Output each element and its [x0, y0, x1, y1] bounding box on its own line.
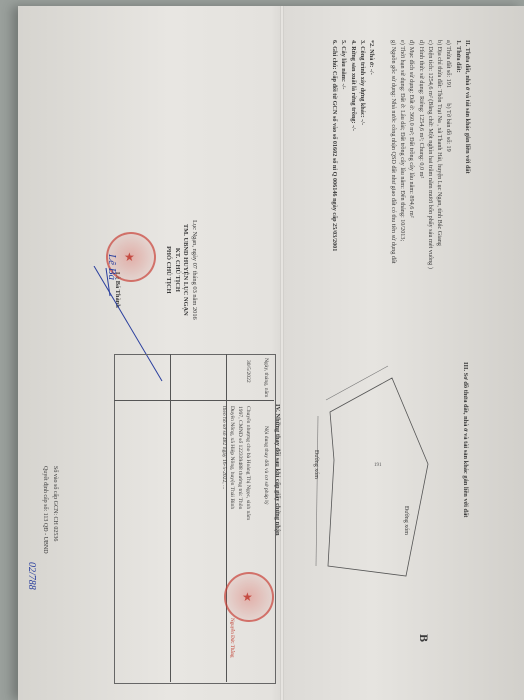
trees-line: 5. Cây lâu năm: -/- [339, 40, 348, 269]
north-indicator: B [419, 634, 428, 642]
row-content-line-4: theo hồ sơ số 482 ngày 16-5-2022, ... [220, 406, 228, 520]
map-sheet-text: b) Tờ bản đồ số: 19 [445, 103, 452, 151]
house-line: *2. Nhà ở: -/- [367, 40, 376, 269]
section-iii-title: III. Sơ đồ thửa đất, nhà ở và tài sản kh… [461, 362, 470, 517]
place-date: Lục Ngạn, ngày 07 tháng 03 năm 2016 [189, 220, 198, 320]
table-divider [114, 400, 274, 401]
origin-line: g) Nguồn gốc sử dụng: Nhà nước công nhận… [388, 40, 397, 269]
row-content-line-2: 1997, CMND số 122339488 thường trú: Thôn [236, 406, 244, 520]
registry-line-1: Số vào sổ cấp GCN: CH 02536 [50, 466, 60, 554]
address-line: b) Địa chỉ thửa đất: Thôn Trại Na , xã T… [435, 40, 444, 269]
row-date: 30/5/2022 [243, 360, 252, 383]
role-1: KT. CHỦ TỊCH [172, 220, 181, 320]
handwritten-number: 02/788 [27, 562, 36, 590]
section-ii-title: II. Thửa đất, nhà ở và tài sản khác gắn … [463, 40, 472, 269]
land-header: 1. Thửa đất: [453, 40, 462, 269]
col-content-header: Nội dung thay đổi và cơ sở pháp lý [261, 426, 270, 505]
section-iv-title: IV. Những thay đổi sau khi cấp giấy chứn… [273, 404, 282, 536]
page-fold [280, 6, 284, 700]
row-content: Chuyển nhượng cho bà Hoàng Thị Ngọc, sin… [220, 406, 252, 520]
col-date-header: Ngày, tháng, năm [261, 358, 270, 397]
row-content-line-1: Chuyển nhượng cho bà Hoàng Thị Ngọc, sin… [244, 406, 252, 520]
star-icon: ★ [124, 250, 135, 265]
change-stamp-label: Nguyễn Đức Thắng [227, 618, 236, 658]
svg-text:191: 191 [374, 463, 382, 468]
change-stamp: ★ [224, 572, 274, 622]
parcel-number: a) Thửa đất số: 191 b) Tờ bản đồ số: 19 [444, 40, 453, 269]
registry-line-2: Quyết định cấp số: 113 QĐ - UBND [40, 466, 50, 554]
purpose-line: đ) Mục đích sử dụng: Đất ở: 360,0 m²; Đấ… [407, 40, 416, 269]
org-name: TM. UBND HUYỆN LỤC NGẠN [181, 220, 190, 320]
parcel-no-text: a) Thửa đất số: 191 [445, 40, 452, 88]
duration-line: e) Thời hạn sử dụng: Đất ở: Lâu dài; Đất… [398, 40, 407, 269]
row-content-line-3: Duyên Nông, xã Hiệp Nông, huyện Thái Bìn… [228, 406, 236, 520]
road-label-1: Đường xóm [311, 450, 320, 479]
construction-line: 3. Công trình xây dựng khác: -/- [358, 40, 367, 269]
registry-block: Số vào sổ cấp GCN: CH 02536 Quyết định c… [40, 466, 60, 554]
road-label-2: Đường xóm [401, 506, 410, 535]
section-ii-block: II. Thửa đất, nhà ở và tài sản khác gắn … [330, 40, 472, 269]
area-line: c) Diện tích: 1254,6 m² (Bằng chữ: Một n… [426, 40, 435, 269]
star-icon: ★ [242, 590, 253, 605]
use-form-line: d) Hình thức sử dụng: Riêng: 1254,6 m²; … [416, 40, 425, 269]
certificate-paper: II. Thửa đất, nhà ở và tài sản khác gắn … [18, 6, 524, 700]
note-line: 6. Ghi chú: Cấp đổi từ GCN số vào sổ 016… [330, 40, 339, 269]
forest-line: 4. Rừng sản xuất là rừng trồng: -/- [348, 40, 357, 269]
table-col-line [170, 354, 171, 682]
